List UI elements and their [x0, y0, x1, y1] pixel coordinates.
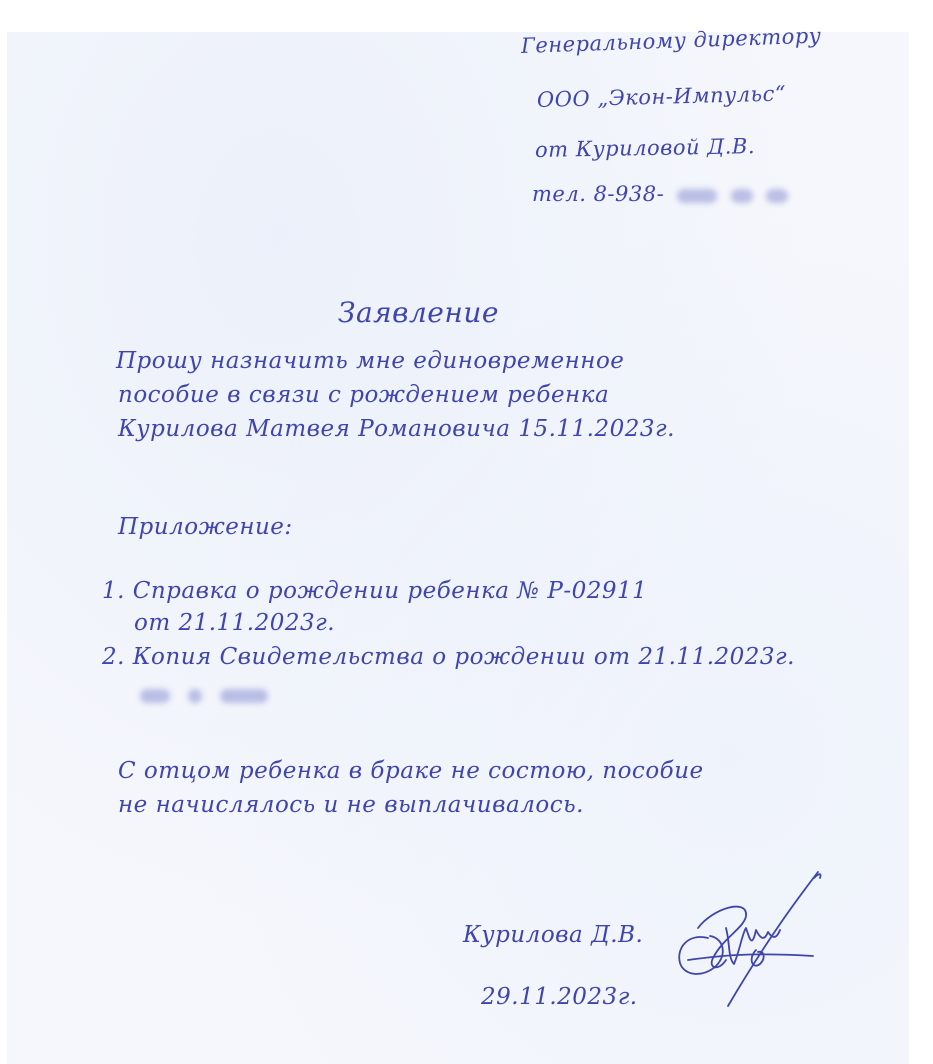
phone-redacted-3	[766, 189, 788, 203]
phone-line: тел. 8-938-	[532, 182, 788, 206]
redacted-block-3	[220, 689, 268, 703]
body-line-1: Прошу назначить мне единовременное	[116, 348, 624, 374]
signature-date: 29.11.2023г.	[481, 984, 638, 1010]
sender-line: от Куриловой Д.В.	[535, 134, 755, 162]
handwritten-signature	[668, 868, 828, 1008]
redacted-block-1	[140, 689, 170, 703]
attachments-heading: Приложение:	[118, 514, 293, 540]
phone-prefix: тел. 8-938-	[532, 182, 664, 206]
phone-redacted-1	[677, 189, 717, 203]
signer-name: Курилова Д.В.	[463, 922, 643, 948]
statement-line-2: не начислялось и не выплачивалось.	[118, 792, 584, 818]
attachment-1-line-1: 1. Справка о рождении ребенка № Р-02911	[102, 578, 647, 604]
body-line-3: Курилова Матвея Романовича 15.11.2023г.	[118, 416, 675, 442]
attachment-2-line-1: 2. Копия Свидетельства о рождении от 21.…	[102, 644, 795, 670]
attachment-2-redacted	[140, 682, 268, 708]
document-title: Заявление	[338, 296, 499, 329]
phone-redacted-2	[731, 189, 753, 203]
redacted-block-2	[188, 689, 202, 703]
body-line-2: пособие в связи с рождением ребенка	[118, 382, 609, 408]
statement-line-1: С отцом ребенка в браке не состою, пособ…	[118, 758, 704, 784]
attachment-1-line-2: от 21.11.2023г.	[134, 610, 335, 636]
